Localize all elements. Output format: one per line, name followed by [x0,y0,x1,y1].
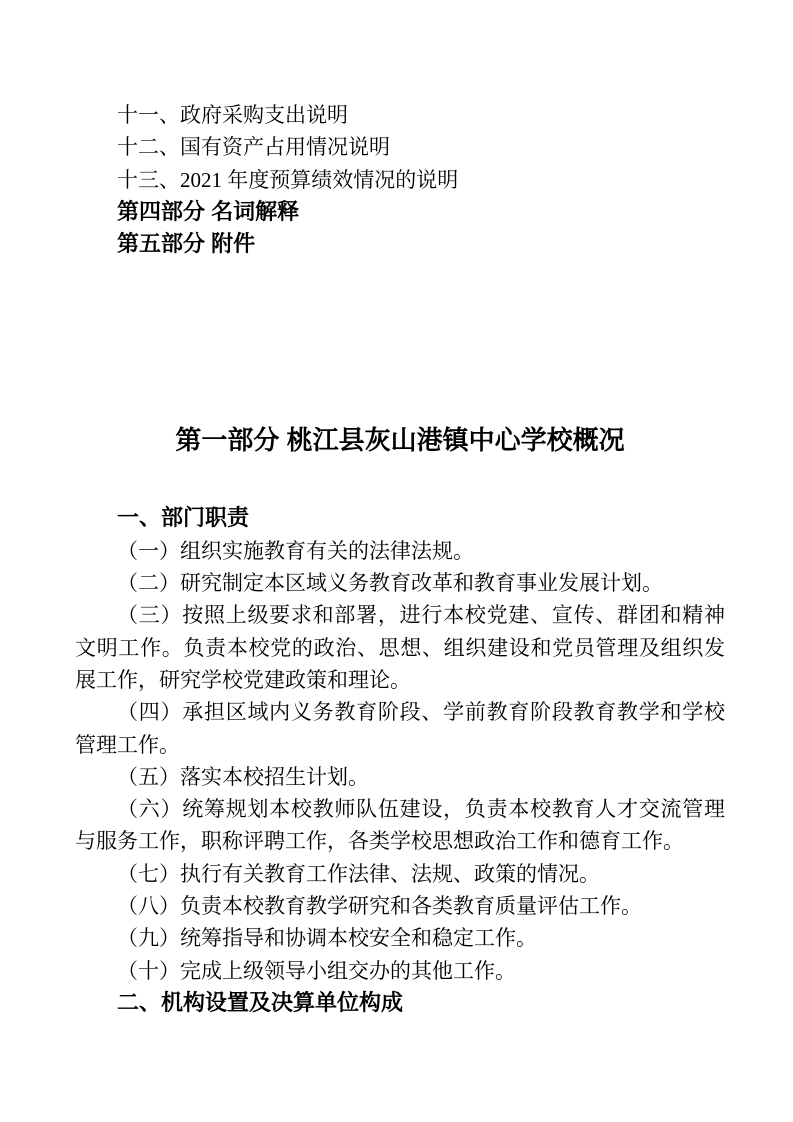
document-page: 十一、政府采购支出说明 十二、国有资产占用情况说明 十三、2021 年度预算绩效… [0,0,793,1122]
duty-item-8: （八）负责本校教育教学研究和各类教育质量评估工作。 [75,890,725,922]
page-content: 十一、政府采购支出说明 十二、国有资产占用情况说明 十三、2021 年度预算绩效… [0,0,793,1019]
duty-item-7: （七）执行有关教育工作法律、法规、政策的情况。 [75,858,725,890]
duty-item-1: （一）组织实施教育有关的法律法规。 [75,535,725,567]
part-one-title: 第一部分 桃江县灰山港镇中心学校概况 [75,418,725,462]
toc-part-four: 第四部分 名词解释 [75,196,725,228]
toc-item-12: 十二、国有资产占用情况说明 [75,131,725,163]
duty-item-6: （六）统筹规划本校教师队伍建设，负责本校教育人才交流管理与服务工作，职称评聘工作… [75,793,725,858]
duty-item-4: （四）承担区域内义务教育阶段、学前教育阶段教育教学和学校管理工作。 [75,696,725,761]
duty-item-10: （十）完成上级领导小组交办的其他工作。 [75,955,725,987]
duty-item-9: （九）统筹指导和协调本校安全和稳定工作。 [75,922,725,954]
duty-item-5: （五）落实本校招生计划。 [75,761,725,793]
toc-item-13: 十三、2021 年度预算绩效情况的说明 [75,164,725,196]
section-heading-structure: 二、机构设置及决算单位构成 [75,987,725,1019]
toc-item-11: 十一、政府采购支出说明 [75,99,725,131]
section-heading-duties: 一、部门职责 [75,502,725,534]
toc-part-five: 第五部分 附件 [75,228,725,260]
duty-item-2: （二）研究制定本区域义务教育改革和教育事业发展计划。 [75,567,725,599]
duty-item-3: （三）按照上级要求和部署，进行本校党建、宣传、群团和精神文明工作。负责本校党的政… [75,599,725,696]
